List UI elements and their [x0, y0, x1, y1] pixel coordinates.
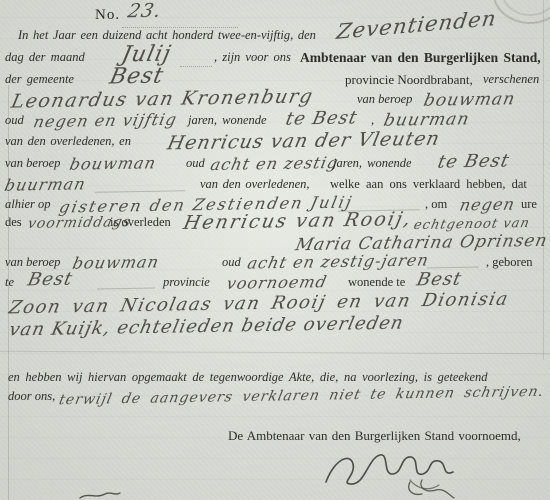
line-closing-2: door ons, terwijl de aangevers verklaren…: [0, 389, 550, 413]
entry-deceased-age: acht en zestig-jaren: [246, 250, 431, 273]
form-text-alhier: alhier op: [5, 197, 50, 213]
form-text-beroep2: van beroep: [5, 156, 60, 172]
form-text-overleden: is overleden: [110, 215, 171, 231]
paper-crease: [0, 351, 550, 354]
entry-declarant2-age: acht en zestig: [209, 153, 341, 175]
form-text-declare: welke aan ons verklaard hebben, dat: [330, 177, 527, 193]
entry-declarant2-place: te Best: [435, 150, 511, 174]
form-text-beroep1: van beroep: [357, 92, 412, 108]
line-month: dag der maand Julij , zijn voor ons Ambt…: [0, 50, 550, 74]
form-text-month-mid: , zijn voor ons: [214, 50, 291, 66]
form-text-jaren1: jaren, wonende: [188, 113, 267, 129]
form-text-comma1: ,: [371, 113, 374, 129]
death-certificate-document: No. 23. In het Jaar een duizend acht hon…: [0, 0, 550, 500]
entry-deceased-name: Henricus van Rooij,: [181, 208, 414, 236]
form-text-month-before: dag der maand: [5, 50, 85, 66]
form-text-overledenen1: van den overledenen, en: [5, 134, 131, 150]
entry-declarant1-age: negen en vijftig: [32, 110, 179, 132]
entry-declarant2-beroep: bouwman: [68, 153, 158, 174]
bottom-ink-mark: [78, 491, 122, 500]
form-text-oud2: oud: [186, 156, 205, 172]
entry-birthplace: Best: [26, 269, 75, 292]
record-number-value: 23.: [125, 0, 163, 24]
form-text-om: , om: [425, 197, 447, 213]
entry-death-hour: negen: [458, 195, 517, 216]
blank-fill-stroke: [97, 286, 155, 289]
blank-fill-stroke: [95, 189, 185, 193]
form-text-official-closing: De Ambtenaar van den Burgerlijken Stand …: [228, 428, 521, 444]
form-text-provincie: provincie: [163, 275, 210, 291]
form-text-overledenen2: van den overledenen,: [200, 177, 310, 193]
form-text-oud3: oud: [222, 255, 241, 271]
entry-declarant1-place: te Best: [283, 107, 359, 131]
form-text-closing-1: en hebben wij hiervan opgemaakt de tegen…: [8, 370, 488, 386]
entry-deceased-beroep: bouwman: [71, 252, 161, 273]
form-text-oud1: oud: [5, 113, 24, 129]
entry-gemeente: Best: [107, 63, 166, 91]
entry-provincie: voornoemd: [225, 272, 329, 294]
form-text-wonende: wonende te: [348, 275, 405, 291]
second-signature-partial: [398, 478, 468, 500]
entry-declarant2-name: Henricus van der Vleuten: [165, 128, 442, 156]
form-text-te: te: [5, 275, 14, 291]
entry-declarant2-relation: buurman: [3, 174, 88, 195]
entry-residence: Best: [415, 269, 464, 292]
form-text-province: provincie Noordbrabant,: [345, 72, 473, 88]
form-text-jaren2: jaren, wonende: [333, 156, 412, 172]
form-text-verschenen: verschenen: [483, 72, 539, 88]
form-text-closing-2: door ons,: [8, 389, 55, 405]
line-year: In het Jaar een duizend acht honderd twe…: [0, 28, 550, 52]
form-text-official-title: Ambtenaar van den Burgerlijken Stand,: [300, 50, 541, 67]
form-text-des: des: [5, 215, 22, 231]
form-text-geboren: , geboren: [486, 255, 533, 271]
line-parents-2: van Kuijk, echtelieden beide overleden: [0, 318, 550, 342]
form-text-ure: ure: [521, 197, 537, 213]
record-number-label: No.: [95, 6, 120, 25]
form-text-gemeente: der gemeente: [5, 72, 74, 88]
blank-fill-dots: [180, 65, 212, 67]
